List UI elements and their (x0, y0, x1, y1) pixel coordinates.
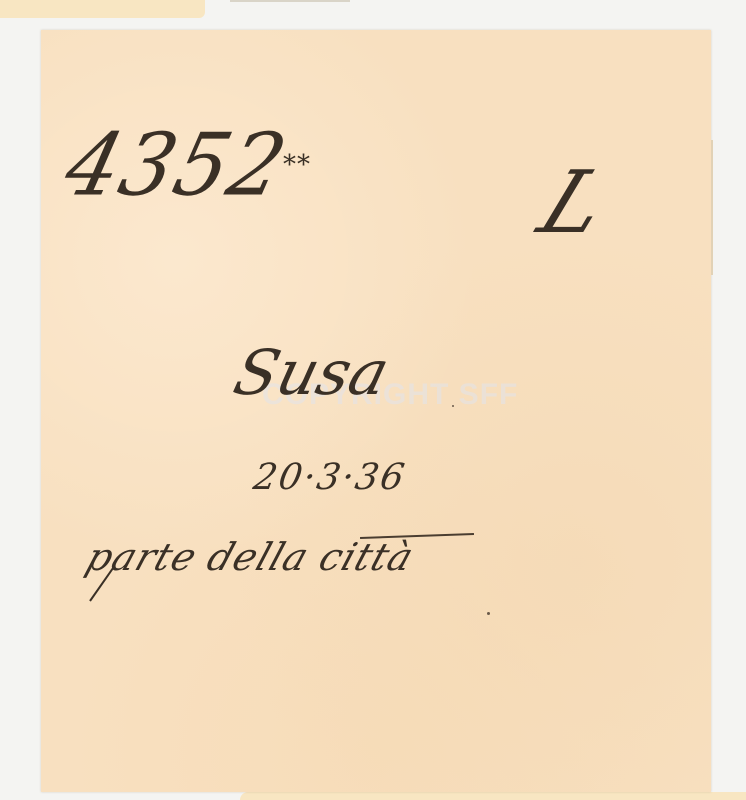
catalog-number: 4352 (57, 123, 295, 209)
paper-speck (452, 405, 454, 407)
catalog-stars: ** (283, 152, 311, 178)
date: 20·3·36 (251, 460, 409, 496)
description: parte della città (82, 538, 419, 576)
adjacent-slip-bottom (240, 792, 746, 800)
adjacent-slip-top-edge (230, 0, 350, 2)
paper-speck (487, 612, 490, 615)
slip-fold-edge (711, 140, 713, 275)
place-name: Susa (228, 342, 395, 404)
adjacent-slip-top (0, 0, 205, 18)
